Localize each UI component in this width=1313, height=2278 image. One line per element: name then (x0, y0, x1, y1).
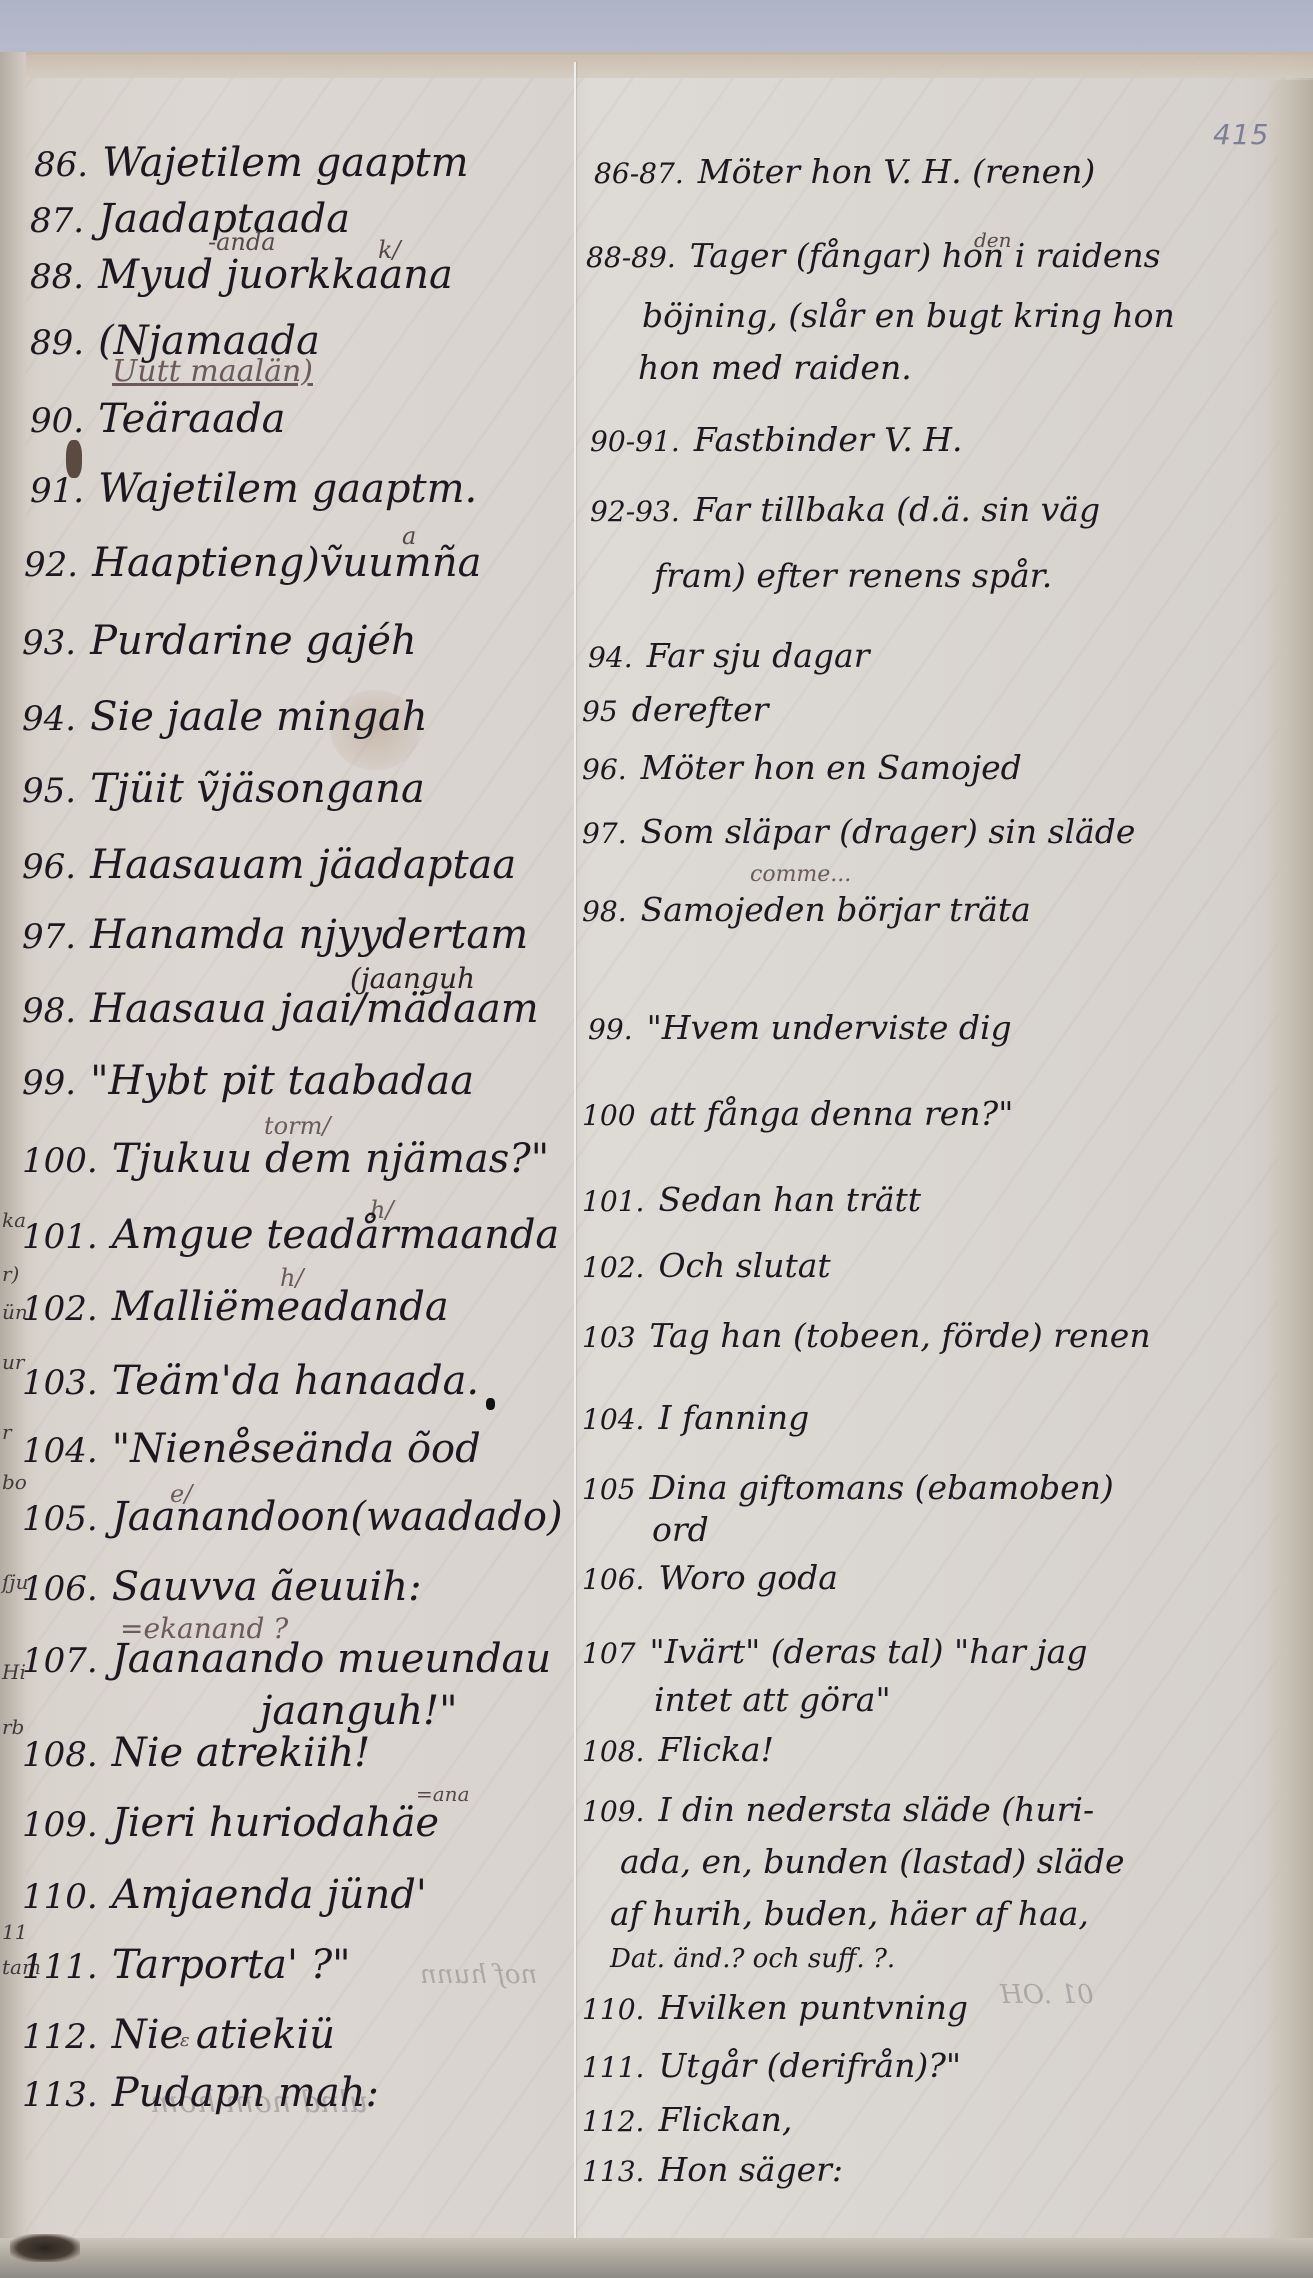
line-text: jaanguh!" (260, 1688, 457, 1734)
translation-entry: 100att fånga denna ren?" (582, 1094, 1013, 1133)
line-text: Flickan, (658, 2100, 792, 2139)
line-number: 112. (582, 2105, 644, 2138)
text-line: 100.Tjukuu dem njämas?" (22, 1136, 549, 1182)
interlinear-note: comme... (750, 862, 851, 887)
text-line: 99."Hybt pit taabadaa (22, 1058, 474, 1104)
line-text: Tarporta' ?" (112, 1942, 351, 1988)
text-line: 111.Tarporta' ?" (22, 1942, 351, 1988)
translation-entry: 107"Ivärt" (deras tal) "har jag (582, 1632, 1087, 1671)
line-text: Möter hon en Samojed (641, 748, 1022, 787)
line-text: Jieri huriodahäe (112, 1800, 439, 1846)
line-text: Teäm'da hanaada. (112, 1358, 479, 1404)
line-number: 100 (582, 1099, 636, 1132)
translation-continuation: hon med raiden. (638, 348, 912, 387)
line-number: 93. (22, 623, 76, 663)
line-number: 104. (582, 1403, 644, 1436)
line-number: 101. (582, 1185, 644, 1218)
page-top-edge (0, 52, 1313, 78)
line-text: Woro goda (658, 1558, 837, 1597)
line-text: Sauvva ãeuuih: (112, 1564, 422, 1610)
line-number: 87. (30, 201, 84, 241)
line-number: 86. (34, 145, 88, 185)
page-right-edge (1268, 80, 1313, 2278)
text-line: 95.Tjüit ṽjäsongana (22, 766, 425, 812)
line-text: Fastbinder V. H. (694, 420, 963, 459)
text-line: 98.Haasaua jaai/mädaam (22, 986, 539, 1032)
line-number: 96. (22, 847, 76, 887)
bleed-through-text: nof hunn (420, 1960, 537, 1990)
line-number: 109. (582, 1795, 644, 1828)
bleed-through-text: 01 .OH (1000, 1980, 1094, 2010)
line-text: Sie jaale mingah (90, 694, 428, 740)
text-line: 108.Nie atrekiih! (22, 1730, 370, 1776)
column-fold-line (574, 62, 576, 2278)
margin-fragment: 11 (2, 1920, 27, 1944)
translation-continuation: intet att göra" (654, 1680, 891, 1719)
interlinear-note: k/ (378, 236, 401, 264)
translation-entry: 97.Som släpar (drager) sin släde (582, 812, 1135, 851)
text-line: 106.Sauvva ãeuuih: (22, 1564, 422, 1610)
text-line: 90.Teäraada (30, 396, 285, 442)
line-text: Far sju dagar (647, 636, 870, 675)
translation-entry: 90-91.Fastbinder V. H. (590, 420, 962, 459)
line-number: 100. (22, 1141, 98, 1181)
translation-entry: 88-89.Tager (fångar) hon i raidens (586, 236, 1161, 275)
translation-entry: 109.I din nedersta släde (huri- (582, 1790, 1094, 1829)
line-number: 98. (22, 991, 76, 1031)
line-number: 97. (582, 817, 627, 850)
translation-entry: 108.Flicka! (582, 1730, 774, 1769)
line-text: "Niene̊seända õod (112, 1426, 481, 1472)
translation-entry: 101.Sedan han trätt (582, 1180, 921, 1219)
line-text: I din nedersta släde (huri- (658, 1790, 1094, 1829)
translation-entry: 106.Woro goda (582, 1558, 838, 1597)
translation-entry: 98.Samojeden börjar träta (582, 890, 1031, 929)
text-line: 110.Amjaenda jünd' (22, 1872, 427, 1918)
interlinear-note: ε (180, 2030, 190, 2051)
line-number: 105 (582, 1473, 636, 1506)
line-number: 95. (22, 771, 76, 811)
page-number: 415 (1213, 118, 1269, 151)
line-number: 88-89. (586, 241, 676, 274)
translation-continuation: Dat. änd.? och suff. ?. (610, 1944, 895, 1974)
text-line: 101.Amgue teadårmaanda (22, 1212, 559, 1258)
translation-entry: 104.I fanning (582, 1398, 809, 1437)
line-number: 98. (582, 895, 627, 928)
translation-entry: 92-93.Far tillbaka (d.ä. sin väg (590, 490, 1100, 529)
page-bottom-edge (0, 2238, 1313, 2278)
ink-spot (486, 1398, 495, 1410)
text-line: 105.Jaanandoon(waadado) (22, 1494, 563, 1540)
line-number: 95 (582, 695, 618, 728)
line-text: att fånga denna ren?" (650, 1094, 1014, 1133)
line-number: 103 (582, 1321, 636, 1354)
translation-entry: 112.Flickan, (582, 2100, 792, 2139)
interlinear-note: Uutt maalän) (112, 354, 313, 389)
line-text: Haasaua jaai/mädaam (90, 986, 539, 1032)
line-text: Far tillbaka (d.ä. sin väg (694, 490, 1100, 529)
line-text: Purdarine gajéh (90, 618, 417, 664)
line-number: 90-91. (590, 425, 680, 458)
text-line: 87.Jaadaptaada (30, 196, 350, 242)
line-text: Tjukuu dem njämas?" (112, 1136, 549, 1182)
text-line: 91.Wajetilem gaaptm. (30, 466, 477, 512)
line-text: "Hvem underviste dig (647, 1008, 1012, 1047)
line-number: 111. (582, 2051, 644, 2084)
translation-continuation: böjning, (slår en bugt kring hon (642, 296, 1175, 335)
line-number: 113. (582, 2155, 644, 2188)
text-line: 109.Jieri huriodahäe (22, 1800, 439, 1846)
ink-blot (10, 2234, 80, 2262)
line-text: Jaanandoon(waadado) (112, 1494, 563, 1540)
line-text: Utgår (derifrån)?" (658, 2046, 961, 2085)
line-text: af hurih, buden, häer af haa, (610, 1894, 1089, 1933)
line-text: "Ivärt" (deras tal) "har jag (650, 1632, 1088, 1671)
line-text: Dat. änd.? och suff. ?. (610, 1944, 895, 1974)
line-text: I fanning (658, 1398, 809, 1437)
line-number: 102. (582, 1251, 644, 1284)
text-line: 104."Niene̊seända õod (22, 1426, 481, 1472)
line-number: 99. (22, 1063, 76, 1103)
translation-entry: 103Tag han (tobeen, förde) renen (582, 1316, 1151, 1355)
line-number: 110. (22, 1877, 98, 1917)
line-text: Nie atiekiü (112, 2012, 335, 2058)
line-text: ord (652, 1510, 709, 1549)
line-text: Som släpar (drager) sin släde (641, 812, 1136, 851)
line-number: 106. (582, 1563, 644, 1596)
text-line: 93.Purdarine gajéh (22, 618, 417, 664)
line-text: Flicka! (658, 1730, 773, 1769)
text-line: 113.Pudapn mah: (22, 2070, 379, 2116)
translation-entry: 105Dina giftomans (ebamoben) (582, 1468, 1114, 1507)
text-line: 103.Teäm'da hanaada. (22, 1358, 479, 1404)
line-text: Tag han (tobeen, förde) renen (650, 1316, 1151, 1355)
line-text: Malliëmeadanda (112, 1284, 449, 1330)
line-text: intet att göra" (654, 1680, 891, 1719)
line-text: Dina giftomans (ebamoben) (650, 1468, 1114, 1507)
line-text: Hvilken puntvning (658, 1988, 968, 2027)
line-number: 108. (22, 1735, 98, 1775)
text-line: 107.Jaanaando mueundau (22, 1636, 551, 1682)
margin-fragment: r) (2, 1262, 19, 1286)
translation-continuation: af hurih, buden, häer af haa, (610, 1894, 1089, 1933)
line-number: 109. (22, 1805, 98, 1845)
translation-entry: 95derefter (582, 690, 768, 729)
line-number: 92-93. (590, 495, 680, 528)
line-number: 102. (22, 1289, 98, 1329)
translation-entry: 94.Far sju dagar (588, 636, 870, 675)
line-number: 91. (30, 471, 84, 511)
line-text: Amjaenda jünd' (112, 1872, 427, 1918)
line-text: Wajetilem gaaptm (102, 140, 468, 186)
line-text: Jaanaando mueundau (112, 1636, 551, 1682)
line-number: 97. (22, 917, 76, 957)
line-number: 103. (22, 1363, 98, 1403)
line-number: 92. (24, 545, 78, 585)
line-text: derefter (632, 690, 769, 729)
line-number: 107. (22, 1641, 98, 1681)
line-text: Sedan han trätt (658, 1180, 921, 1219)
line-number: 88. (30, 257, 84, 297)
translation-entry: 102.Och slutat (582, 1246, 831, 1285)
line-number: 111. (22, 1947, 98, 1987)
line-number: 108. (582, 1735, 644, 1768)
line-text: Hanamda njyydertam (90, 912, 528, 958)
line-text: hon med raiden. (638, 348, 912, 387)
line-text: Nie atrekiih! (112, 1730, 371, 1776)
translation-entry: 111.Utgår (derifrån)?" (582, 2046, 961, 2085)
line-number: 106. (22, 1569, 98, 1609)
line-text: böjning, (slår en bugt kring hon (642, 296, 1175, 335)
line-text: Möter hon V. H. (renen) (698, 152, 1095, 191)
margin-fragment: bo (2, 1470, 27, 1494)
line-text: Haasauam jäadaptaa (90, 842, 516, 888)
text-line: 86.Wajetilem gaaptm (34, 140, 469, 186)
line-text: fram) efter renens spår. (654, 556, 1052, 595)
line-number: 112. (22, 2017, 98, 2057)
line-text: Pudapn mah: (112, 2070, 379, 2116)
line-number: 107 (582, 1637, 636, 1670)
line-number: 90. (30, 401, 84, 441)
line-number: 101. (22, 1217, 98, 1257)
interlinear-note: a (402, 522, 416, 550)
text-line: 96.Haasauam jäadaptaa (22, 842, 516, 888)
line-text: Wajetilem gaaptm. (98, 466, 477, 512)
translation-continuation: ada, en, bunden (lastad) släde (620, 1842, 1125, 1881)
line-text: Hon säger: (658, 2150, 843, 2189)
line-number: 99. (588, 1013, 633, 1046)
translation-continuation: fram) efter renens spår. (654, 556, 1052, 595)
line-text: Tjüit ṽjäsongana (90, 766, 425, 812)
translation-entry: 113.Hon säger: (582, 2150, 843, 2189)
line-text: Haaptieng)ṽuumña (92, 540, 481, 586)
line-text: Samojeden börjar träta (641, 890, 1031, 929)
line-text: Teäraada (98, 396, 285, 442)
text-line-continuation: jaanguh!" (260, 1688, 457, 1734)
line-number: 110. (582, 1993, 644, 2026)
line-number: 113. (22, 2075, 98, 2115)
line-text: ada, en, bunden (lastad) släde (620, 1842, 1125, 1881)
translation-entry: 110.Hvilken puntvning (582, 1988, 968, 2027)
line-number: 94. (22, 699, 76, 739)
translation-entry: 86-87.Möter hon V. H. (renen) (594, 152, 1095, 191)
line-number: 105. (22, 1499, 98, 1539)
text-line: 102.Malliëmeadanda (22, 1284, 449, 1330)
text-line: 97.Hanamda njyydertam (22, 912, 528, 958)
line-text: Tager (fångar) hon i raidens (690, 236, 1161, 275)
line-text: "Hybt pit taabadaa (90, 1058, 474, 1104)
line-number: 96. (582, 753, 627, 786)
line-text: Och slutat (658, 1246, 830, 1285)
text-line: 94.Sie jaale mingah (22, 694, 428, 740)
line-text: Amgue teadårmaanda (112, 1212, 560, 1258)
line-number: 89. (30, 323, 84, 363)
translation-continuation: ord (652, 1510, 709, 1549)
line-number: 104. (22, 1431, 98, 1471)
translation-entry: 99."Hvem underviste dig (588, 1008, 1012, 1047)
line-number: 94. (588, 641, 633, 674)
margin-fragment: r (2, 1420, 12, 1444)
translation-entry: 96.Möter hon en Samojed (582, 748, 1022, 787)
line-number: 86-87. (594, 157, 684, 190)
text-line: 112.Nie atiekiü (22, 2012, 335, 2058)
